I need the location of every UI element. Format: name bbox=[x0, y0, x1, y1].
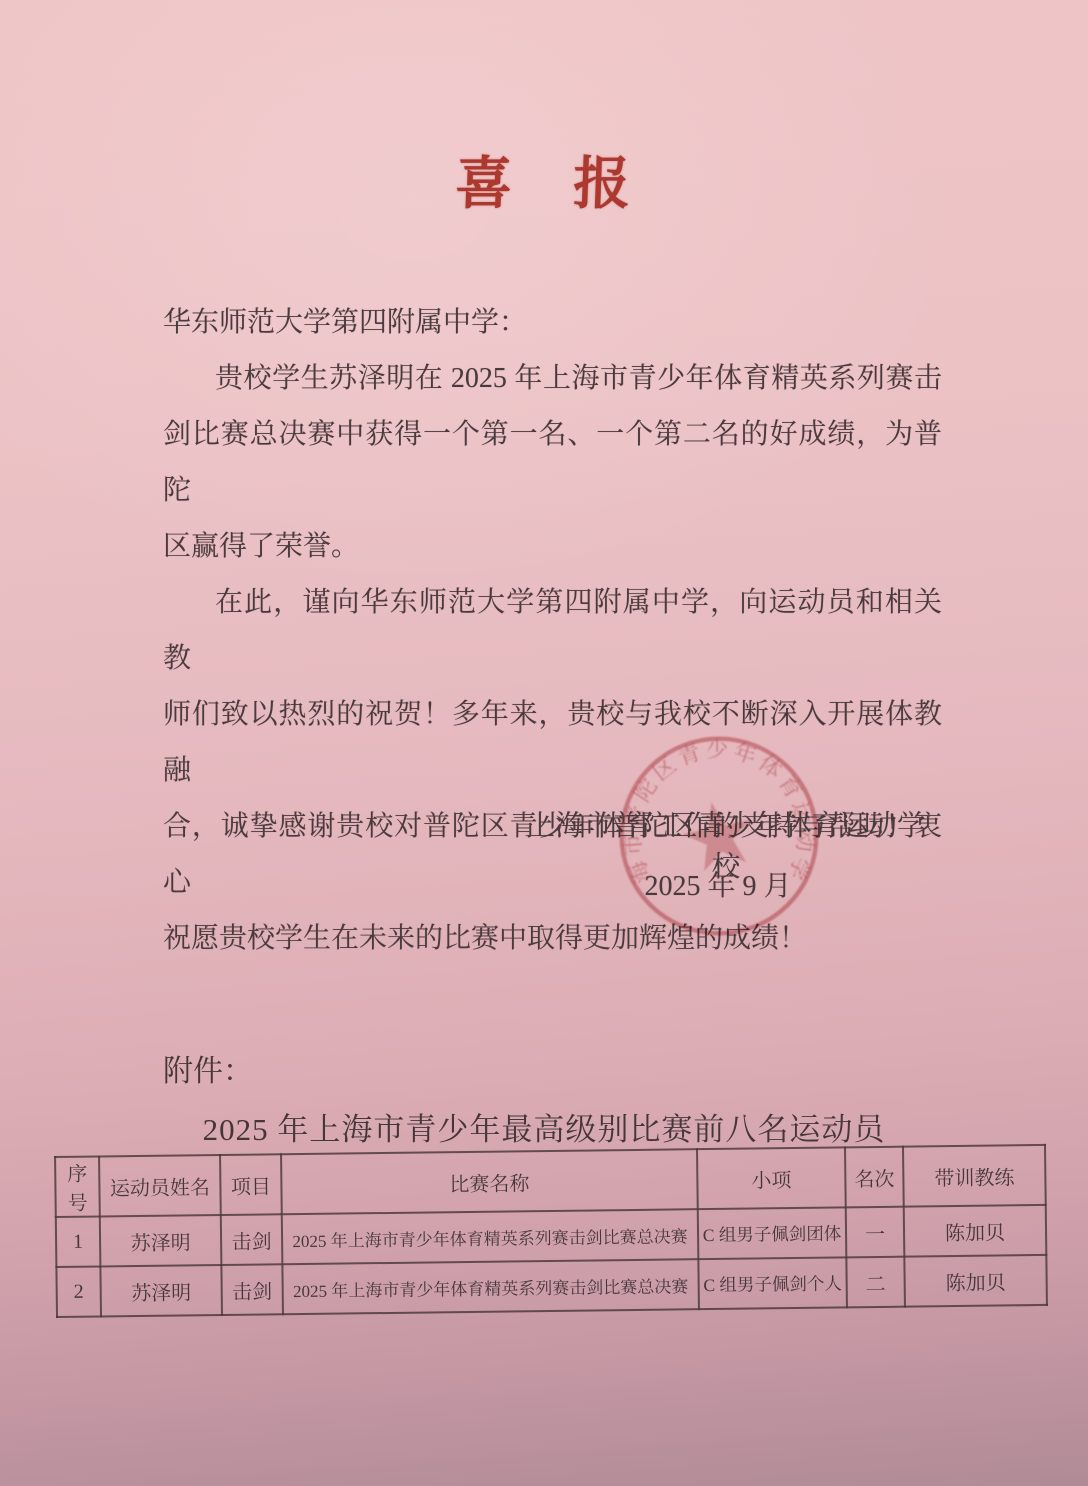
cell-event: C 组男子佩剑个人 bbox=[698, 1257, 847, 1309]
header-coach: 带训教练 bbox=[903, 1145, 1046, 1207]
cell-seq: 1 bbox=[56, 1216, 101, 1267]
cell-sport: 击剑 bbox=[221, 1264, 283, 1315]
header-event: 小项 bbox=[697, 1147, 846, 1209]
salutation: 华东师范大学第四附属中学： bbox=[163, 295, 942, 351]
cell-competition: 2025 年上海市青少年体育精英系列赛击剑比赛总决赛 bbox=[282, 1259, 699, 1314]
body-line: 贵校学生苏泽明在 2025 年上海市青少年体育精英系列赛击 bbox=[163, 351, 942, 407]
header-rank: 名次 bbox=[845, 1147, 904, 1208]
attachment-title: 2025 年上海市青少年最高级别比赛前八名运动员 bbox=[0, 1104, 1088, 1149]
cell-competition: 2025 年上海市青少年体育精英系列赛击剑比赛总决赛 bbox=[282, 1209, 699, 1264]
cell-sport: 击剑 bbox=[221, 1214, 283, 1265]
letter-paper: 喜 报 华东师范大学第四附属中学： 贵校学生苏泽明在 2025 年上海市青少年体… bbox=[0, 0, 1088, 1486]
body-line: 师们致以热烈的祝贺！多年来，贵校与我校不断深入开展体教融 bbox=[163, 687, 942, 799]
body-line: 剑比赛总决赛中获得一个第一名、一个第二名的好成绩，为普陀 bbox=[163, 407, 942, 519]
body-line: 在此，谨向华东师范大学第四附属中学，向运动员和相关教 bbox=[163, 575, 942, 687]
cell-athlete-name: 苏泽明 bbox=[100, 1265, 222, 1316]
cell-coach: 陈加贝 bbox=[904, 1205, 1047, 1257]
cell-seq: 2 bbox=[56, 1266, 101, 1317]
cell-rank: 一 bbox=[846, 1207, 905, 1258]
header-seq: 序号 bbox=[55, 1157, 100, 1218]
header-competition: 比赛名称 bbox=[281, 1149, 698, 1214]
letter-title: 喜 报 bbox=[0, 138, 1088, 220]
cell-rank: 二 bbox=[846, 1257, 905, 1308]
cell-coach: 陈加贝 bbox=[904, 1255, 1047, 1307]
results-table: 序号 运动员姓名 项目 比赛名称 小项 名次 带训教练 1 苏泽明 击剑 202… bbox=[54, 1144, 1048, 1318]
cell-event: C 组男子佩剑团体 bbox=[698, 1207, 847, 1259]
header-sport: 项目 bbox=[220, 1154, 282, 1215]
header-athlete-name: 运动员姓名 bbox=[99, 1155, 221, 1216]
results-table-container: 序号 运动员姓名 项目 比赛名称 小项 名次 带训教练 1 苏泽明 击剑 202… bbox=[54, 1144, 1046, 1318]
body-line: 区赢得了荣誉。 bbox=[163, 519, 942, 575]
cell-athlete-name: 苏泽明 bbox=[100, 1215, 222, 1266]
signature-date: 2025 年 9 月 bbox=[518, 864, 918, 904]
table-row: 2 苏泽明 击剑 2025 年上海市青少年体育精英系列赛击剑比赛总决赛 C 组男… bbox=[56, 1255, 1047, 1317]
attachment-label: 附件： bbox=[163, 1046, 253, 1090]
body-line: 祝愿贵校学生在未来的比赛中取得更加辉煌的成绩！ bbox=[163, 911, 942, 967]
